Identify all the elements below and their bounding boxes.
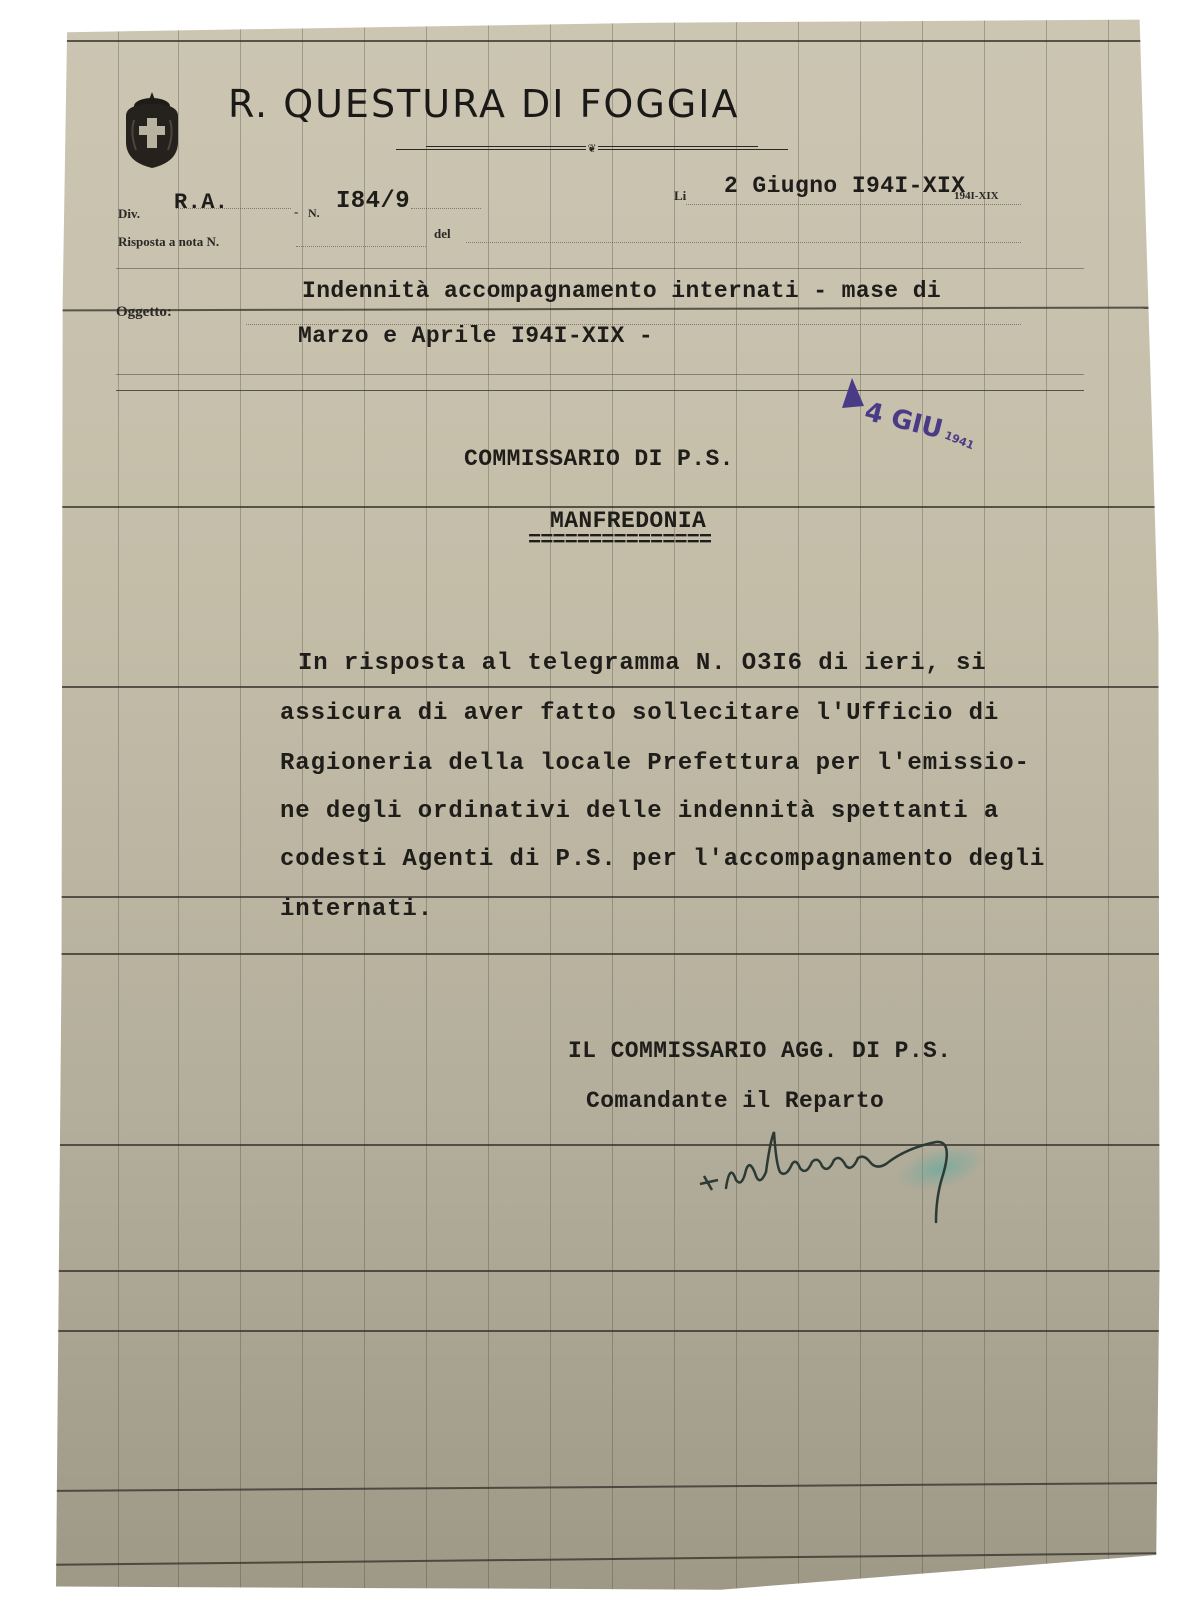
subject-line-2: Marzo e Aprile I94I-XIX -	[298, 323, 653, 349]
handwritten-signature-icon	[696, 1118, 976, 1228]
letterhead-ornament: ❦	[396, 146, 788, 154]
stamp-mark-icon	[838, 376, 868, 410]
body-line: Ragioneria della locale Prefettura per l…	[280, 750, 1030, 777]
ruling-line	[116, 374, 1084, 375]
ruling-line	[56, 1482, 1164, 1492]
body-line: In risposta al telegramma N. O3I6 di ier…	[298, 650, 987, 677]
ornament-icon: ❦	[587, 142, 596, 155]
ruling-line	[56, 1270, 1164, 1272]
fill-line	[466, 242, 1021, 243]
reply-label: Risposta a nota N.	[118, 234, 219, 250]
body-line: assicura di aver fatto sollecitare l'Uff…	[280, 700, 999, 727]
ruling-line	[56, 953, 1164, 955]
ruling-line	[116, 268, 1084, 269]
letterhead-title: R. QUESTURA DI FOGGIA	[228, 82, 739, 126]
date-value: 2 Giugno I94I-XIX	[724, 173, 965, 199]
del-label: del	[434, 226, 451, 242]
body-line: ne degli ordinativi delle indennità spet…	[280, 798, 999, 825]
fill-line	[411, 208, 481, 209]
recipient-title: COMMISSARIO DI P.S.	[464, 446, 734, 472]
ruling-line	[56, 1330, 1164, 1332]
div-value: R.A.	[174, 190, 228, 215]
number-value: I84/9	[336, 188, 410, 215]
place-label: Li	[674, 188, 686, 204]
subject-label: Oggetto:	[116, 304, 172, 321]
received-stamp-year: 1941	[943, 429, 976, 453]
ruling-line	[178, 18, 179, 1596]
recipient-city-underline: ===============	[528, 528, 711, 553]
ruling-line	[56, 1552, 1164, 1566]
savoy-crest-icon	[120, 90, 184, 170]
fill-line	[296, 246, 426, 247]
ruling-line	[56, 1144, 1164, 1146]
ruling-line	[1108, 18, 1109, 1596]
received-stamp: 4 GIU	[862, 397, 946, 445]
ruling-line	[56, 686, 1164, 688]
document-page: R. QUESTURA DI FOGGIA ❦ Div. R.A. - N. I…	[56, 18, 1164, 1596]
subject-line-1: Indennità accompagnamento internati - ma…	[302, 278, 941, 304]
signatory-role: Comandante il Reparto	[586, 1088, 884, 1114]
number-prefix: -	[294, 204, 298, 220]
ruling-line	[116, 390, 1084, 391]
signatory-title: IL COMMISSARIO AGG. DI P.S.	[568, 1038, 951, 1064]
date-printed-suffix: 194I-XIX	[954, 190, 999, 202]
ruling-line	[56, 896, 1164, 898]
ruling-line	[240, 18, 241, 1596]
ruling-line	[56, 40, 1164, 42]
body-line: codesti Agenti di P.S. per l'accompagnam…	[280, 846, 1045, 873]
ruling-line	[118, 18, 119, 1596]
body-line: internati.	[280, 896, 433, 923]
fill-line	[686, 204, 1021, 205]
ruling-line	[56, 307, 1164, 312]
div-label: Div.	[118, 206, 140, 222]
ruling-line	[1046, 18, 1047, 1596]
number-label: N.	[308, 206, 320, 221]
